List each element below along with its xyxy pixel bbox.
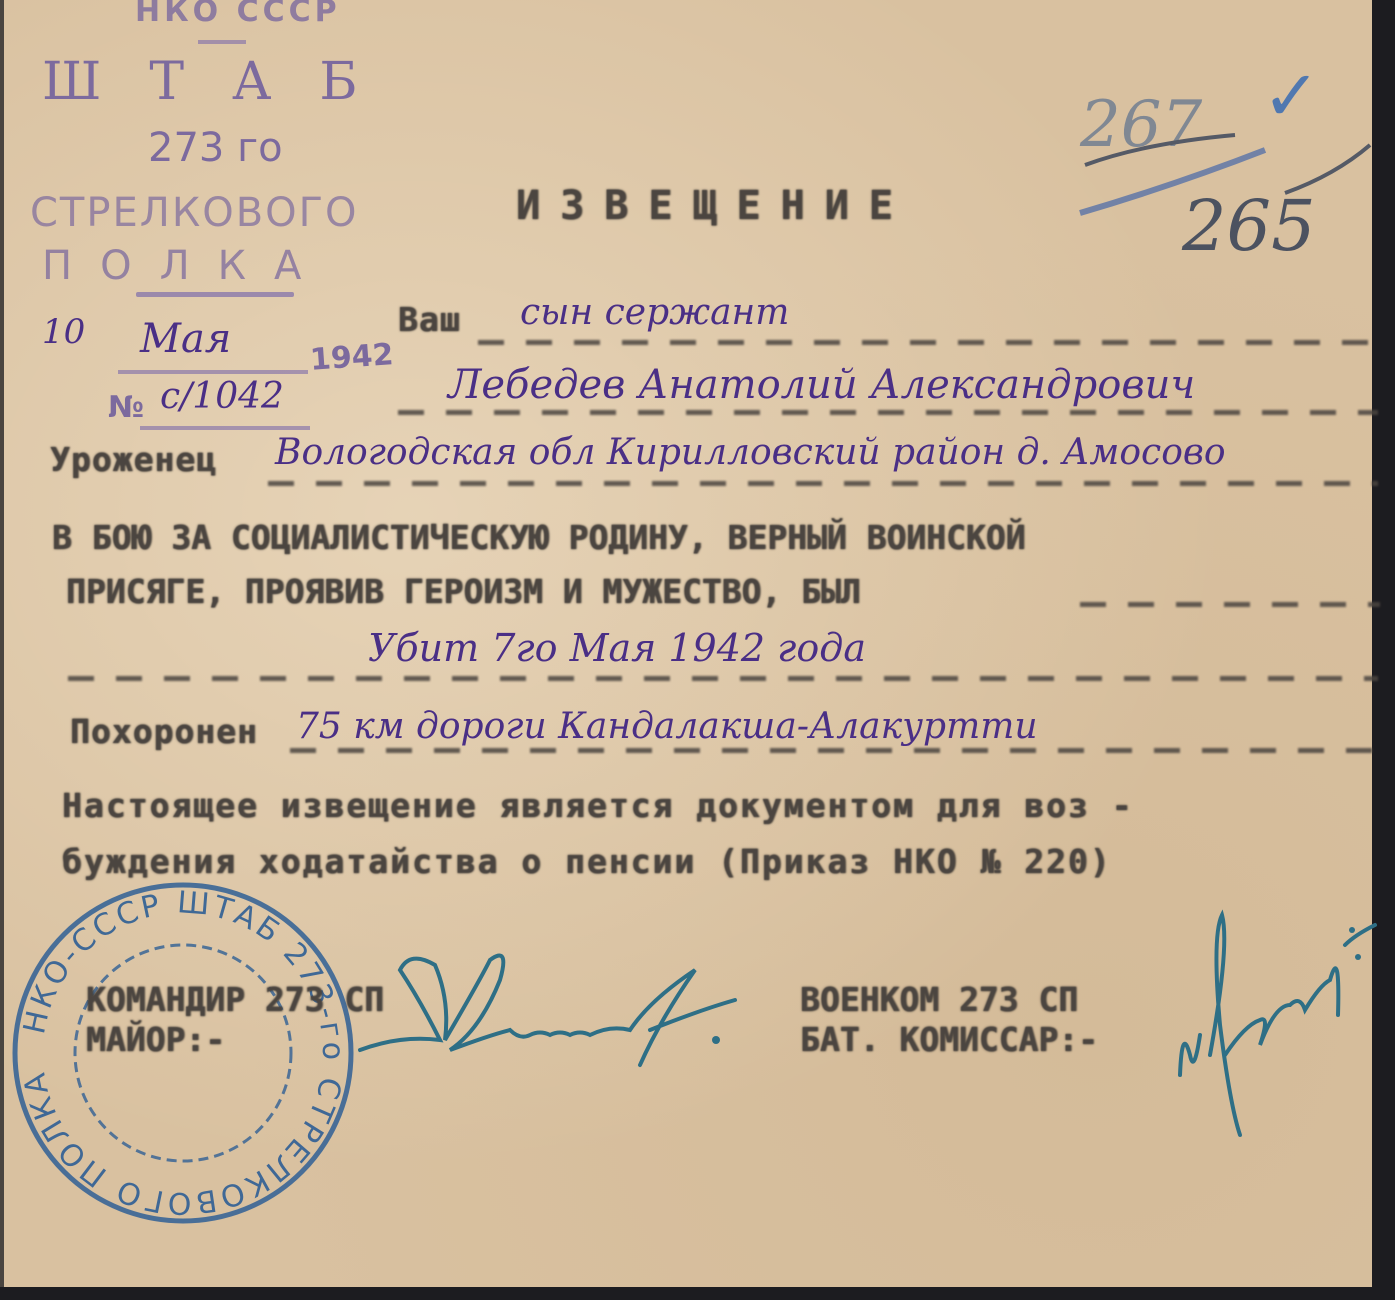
stamp-org: НКО СССР <box>135 0 341 29</box>
soldier-name: Лебедев Анатолий Александрович <box>448 362 1195 408</box>
native-label: Уроженец <box>50 440 217 479</box>
stamp-unit-number: 273 го <box>148 125 283 171</box>
issue-year: 1942 <box>309 337 395 378</box>
date-underline <box>118 370 308 374</box>
stamp-unit-kind: ПОЛКА <box>42 243 329 289</box>
stamp-rule <box>198 40 246 44</box>
check-mark-icon: ✓ <box>1262 55 1321 137</box>
issue-month: Мая <box>140 316 231 362</box>
dash-line <box>290 748 1380 753</box>
fate-value: Убит 7го Мая 1942 года <box>368 626 866 670</box>
dash-line <box>478 340 1378 345</box>
buried-label: Похоронен <box>70 712 258 751</box>
commander-rank: МАЙОР:- <box>86 1020 225 1059</box>
page-edge <box>0 0 4 1287</box>
notice-line-1: Настоящее извещение является документом … <box>62 786 1134 825</box>
stamp-underline <box>136 292 294 297</box>
notice-line-2: буждения ходатайства о пенсии (Приказ НК… <box>62 842 1112 881</box>
page-number: 265 <box>1182 185 1316 267</box>
issue-number: с/1042 <box>160 376 284 417</box>
dash-line <box>68 676 1378 681</box>
document-title: ИЗВЕЩЕНИЕ <box>516 183 913 229</box>
stamp-unit-type: СТРЕЛКОВОГО <box>30 190 359 236</box>
body-line-1: В БОЮ ЗА СОЦИАЛИСТИЧЕСКУЮ РОДИНУ, ВЕРНЫЙ… <box>52 518 1026 557</box>
dash-line <box>398 410 1378 415</box>
dash-line <box>268 481 1378 486</box>
body-line-2: ПРИСЯГЕ, ПРОЯВИВ ГЕРОИЗМ И МУЖЕСТВО, БЫЛ <box>66 572 861 611</box>
dash-line <box>1080 602 1380 607</box>
document-page: НКО СССР ШТАБ 273 го СТРЕЛКОВОГО ПОЛКА 2… <box>0 0 1372 1287</box>
commissar-title: ВОЕНКОМ 273 СП <box>800 980 1078 1019</box>
commander-signature-icon <box>340 940 760 1090</box>
number-prefix: № <box>108 390 144 425</box>
issue-day: 10 <box>42 312 85 352</box>
stamp-title: ШТАБ <box>42 52 406 112</box>
buried-place: 75 км дороги Кандалакша-Алакуртти <box>296 706 1038 747</box>
commissar-rank: БАТ. КОМИССАР:- <box>800 1020 1098 1059</box>
addressee-value: сын сержант <box>520 292 789 333</box>
addressee-label: Ваш <box>398 300 461 339</box>
number-underline <box>140 426 310 430</box>
commissar-signature-icon <box>1170 905 1390 1145</box>
native-place: Вологодская обл Кирилловский район д. Ам… <box>275 432 1226 473</box>
